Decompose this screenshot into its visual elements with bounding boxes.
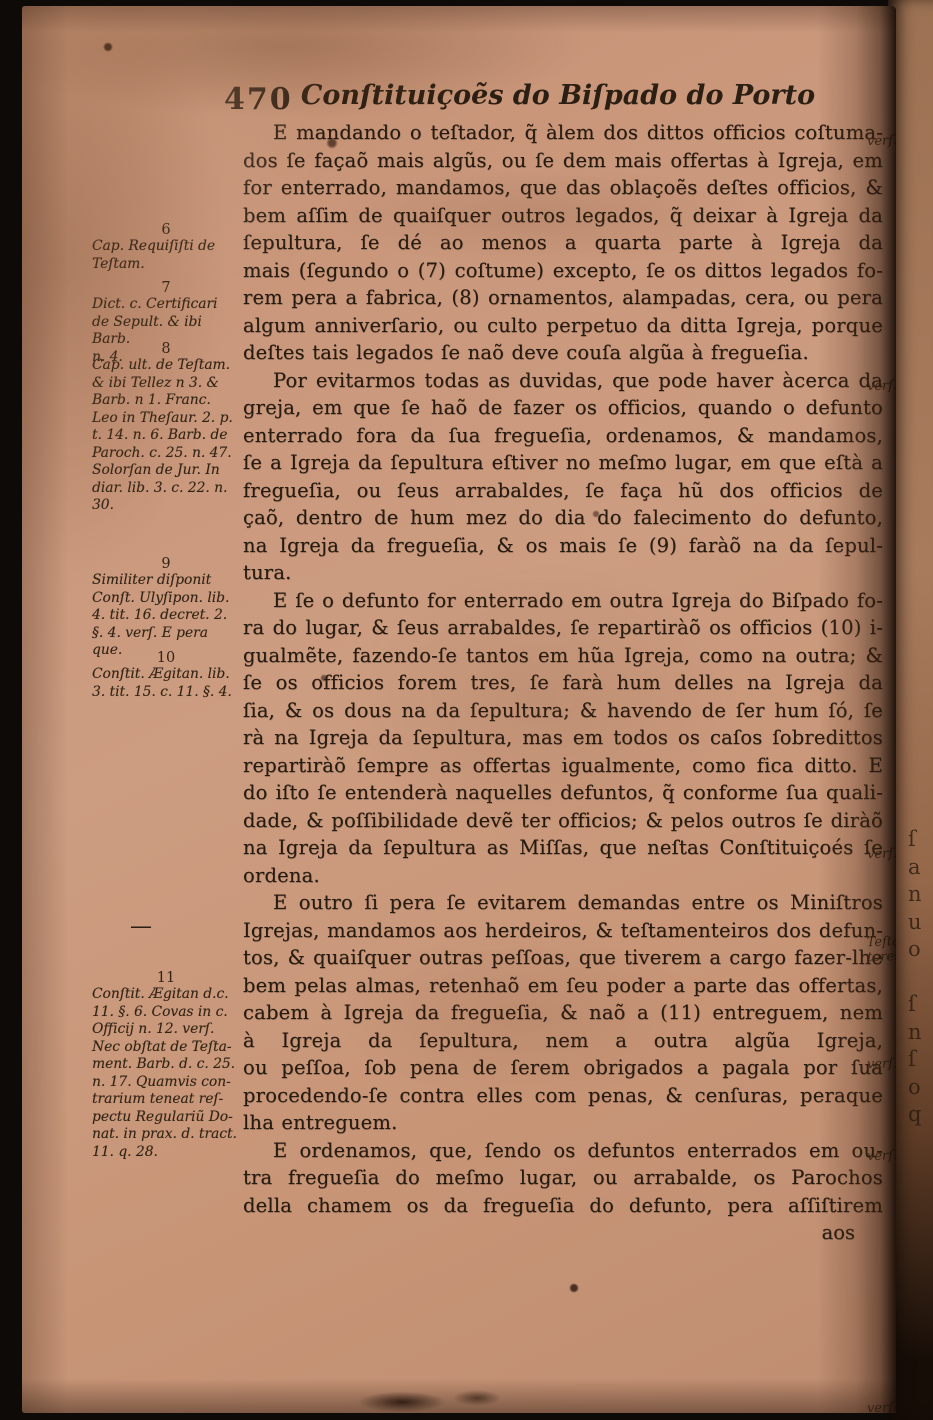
body-line: della chamem os da fregueſia do defunto,… <box>243 1192 883 1220</box>
neighbor-text-fragments: ſ a n u o ſ n ſ o q <box>908 826 922 1129</box>
margin-note-number: 9 <box>92 556 240 572</box>
body-line: E ordenamos, que, ſendo os defuntos ente… <box>243 1137 883 1165</box>
margin-dash: — <box>130 914 152 939</box>
body-line: ſepultura, ſe dé ao menos a quarta parte… <box>243 229 883 257</box>
edge-note: Teſta- tores. <box>866 933 896 965</box>
body-line: ſe os officios forem tres, ſe farà hum d… <box>243 669 883 697</box>
margin-note-text: Conſtit. Ægitan. lib. 3. tit. 15. c. 11.… <box>92 666 240 701</box>
body-line: dade, & poſſibilidade devẽ ter officios;… <box>243 807 883 835</box>
body-line: bem pelas almas, retenhaõ em ſeu poder a… <box>243 972 883 1000</box>
margin-note-number: 8 <box>92 341 240 357</box>
body-line: à Igreja da ſepultura, nem a outra algũa… <box>243 1027 883 1055</box>
body-line: ra do lugar, & ſeus arrabaldes, ſe repar… <box>243 614 883 642</box>
body-line: cabem à Igreja da fregueſia, & naõ a (11… <box>243 999 883 1027</box>
body-line: na Igreja da fregueſia, & os mais ſe (9)… <box>243 532 883 560</box>
body-line: çaõ, dentro de hum mez do dia do falecim… <box>243 504 883 532</box>
margin-note-number: 11 <box>92 970 240 986</box>
margin-note: 11 Conſtit. Ægitan d.c. 11. §. 6. Covas … <box>92 970 240 1161</box>
body-line: na Igreja da ſepultura as Miſſas, que ne… <box>243 834 883 862</box>
running-title: Conſtituiçoẽs do Biſpado do Porto <box>243 80 873 111</box>
body-line: enterrado fora da ſua fregueſia, ordenam… <box>243 422 883 450</box>
body-line: ou peſſoa, ſob pena de ſerem obrigados a… <box>243 1054 883 1082</box>
body-line: ſia, & os dous na da ſepultura; & havend… <box>243 697 883 725</box>
margin-note: 9 Similiter diſponit Conſt. Ulyſipon. li… <box>92 556 240 660</box>
edge-note: verſ. 2. <box>867 1055 896 1072</box>
margin-note-text: Similiter diſponit Conſt. Ulyſipon. lib.… <box>92 572 240 660</box>
margin-note-number: 7 <box>92 280 240 296</box>
body-line: tos, & quaiſquer outras peſſoas, que tiv… <box>243 944 883 972</box>
body-line: E mandando o teſtador, q̃ àlem dos ditto… <box>243 119 883 147</box>
margin-note-number: 6 <box>92 222 240 238</box>
edge-note: verſ. <box>867 1399 896 1413</box>
body-line: lha entreguem. <box>243 1109 883 1137</box>
body-line: Por evitarmos todas as duvidas, que pode… <box>243 367 883 395</box>
body-text: E mandando o teſtador, q̃ àlem dos ditto… <box>243 119 883 1247</box>
edge-note: verſ. 1. <box>867 845 896 862</box>
margin-note-text: Cap. Requiſiſti de Teſtam. <box>92 238 240 273</box>
body-line: tra fregueſia do meſmo lugar, ou arrabal… <box>243 1164 883 1192</box>
edge-note: verſ. <box>867 377 896 394</box>
margin-note-text: Conſtit. Ægitan d.c. 11. §. 6. Covas in … <box>92 986 240 1161</box>
body-line: do iſto ſe entenderà naquelles defuntos,… <box>243 779 883 807</box>
body-line: rem pera a fabrica, (8) ornamentos, alam… <box>243 284 883 312</box>
body-line: fregueſia, ou ſeus arrabaldes, ſe faça h… <box>243 477 883 505</box>
body-line: rà na Igreja da ſepultura, mas em todos … <box>243 724 883 752</box>
book-page: 470 Conſtituiçoẽs do Biſpado do Porto E … <box>22 6 896 1413</box>
body-line: for enterrado, mandamos, que das oblaçoẽ… <box>243 174 883 202</box>
body-line: repartiràõ ſempre as offertas igualmente… <box>243 752 883 780</box>
margin-note-text: Cap. ult. de Teſtam. & ibi Tellez n 3. &… <box>92 357 240 515</box>
body-line: dos ſe façaõ mais algũs, ou ſe dem mais … <box>243 147 883 175</box>
margin-note-number: 10 <box>92 650 240 666</box>
book-scan: ſ a n u o ſ n ſ o q 470 Conſtituiçoẽs do… <box>0 0 933 1420</box>
paragraph: E ordenamos, que, ſendo os defuntos ente… <box>243 1137 883 1220</box>
margin-note: 6 Cap. Requiſiſti de Teſtam. <box>92 222 240 273</box>
body-line: mais (ſegundo o (7) coſtume) excepto, ſe… <box>243 257 883 285</box>
body-line: greja, em que ſe haõ de fazer os officio… <box>243 394 883 422</box>
body-line: deſtes tais legados ſe naõ deve couſa al… <box>243 339 883 367</box>
margin-note: 8 Cap. ult. de Teſtam. & ibi Tellez n 3.… <box>92 341 240 515</box>
page-header: 470 Conſtituiçoẽs do Biſpado do Porto <box>22 80 896 120</box>
body-line: ordena. <box>243 862 883 890</box>
body-line: tura. <box>243 559 883 587</box>
paragraph: E ſe o defunto for enterrado em outra Ig… <box>243 587 883 890</box>
body-line: Igrejas, mandamos aos herdeiros, & teſta… <box>243 917 883 945</box>
body-line: E outro ſi pera ſe evitarem demandas ent… <box>243 889 883 917</box>
body-line: gualmẽte, fazendo-ſe tantos em hũa Igrej… <box>243 642 883 670</box>
body-line: algum anniverſario, ou culto perpetuo da… <box>243 312 883 340</box>
body-line: procedendo-ſe contra elles com penas, & … <box>243 1082 883 1110</box>
body-line: bem aſſim de quaiſquer outros legados, q… <box>243 202 883 230</box>
page-content: 470 Conſtituiçoẽs do Biſpado do Porto E … <box>22 6 896 1413</box>
margin-note: 10 Conſtit. Ægitan. lib. 3. tit. 15. c. … <box>92 650 240 701</box>
paragraph: E outro ſi pera ſe evitarem demandas ent… <box>243 889 883 1137</box>
body-line: E ſe o defunto for enterrado em outra Ig… <box>243 587 883 615</box>
paragraph: E mandando o teſtador, q̃ àlem dos ditto… <box>243 119 883 367</box>
paragraph: Por evitarmos todas as duvidas, que pode… <box>243 367 883 587</box>
edge-note: verſ. <box>867 1147 896 1164</box>
body-line: ſe a Igreja da ſepultura eſtiver no meſm… <box>243 449 883 477</box>
catchword: aos <box>243 1219 883 1247</box>
edge-note: verſ. <box>867 132 896 149</box>
